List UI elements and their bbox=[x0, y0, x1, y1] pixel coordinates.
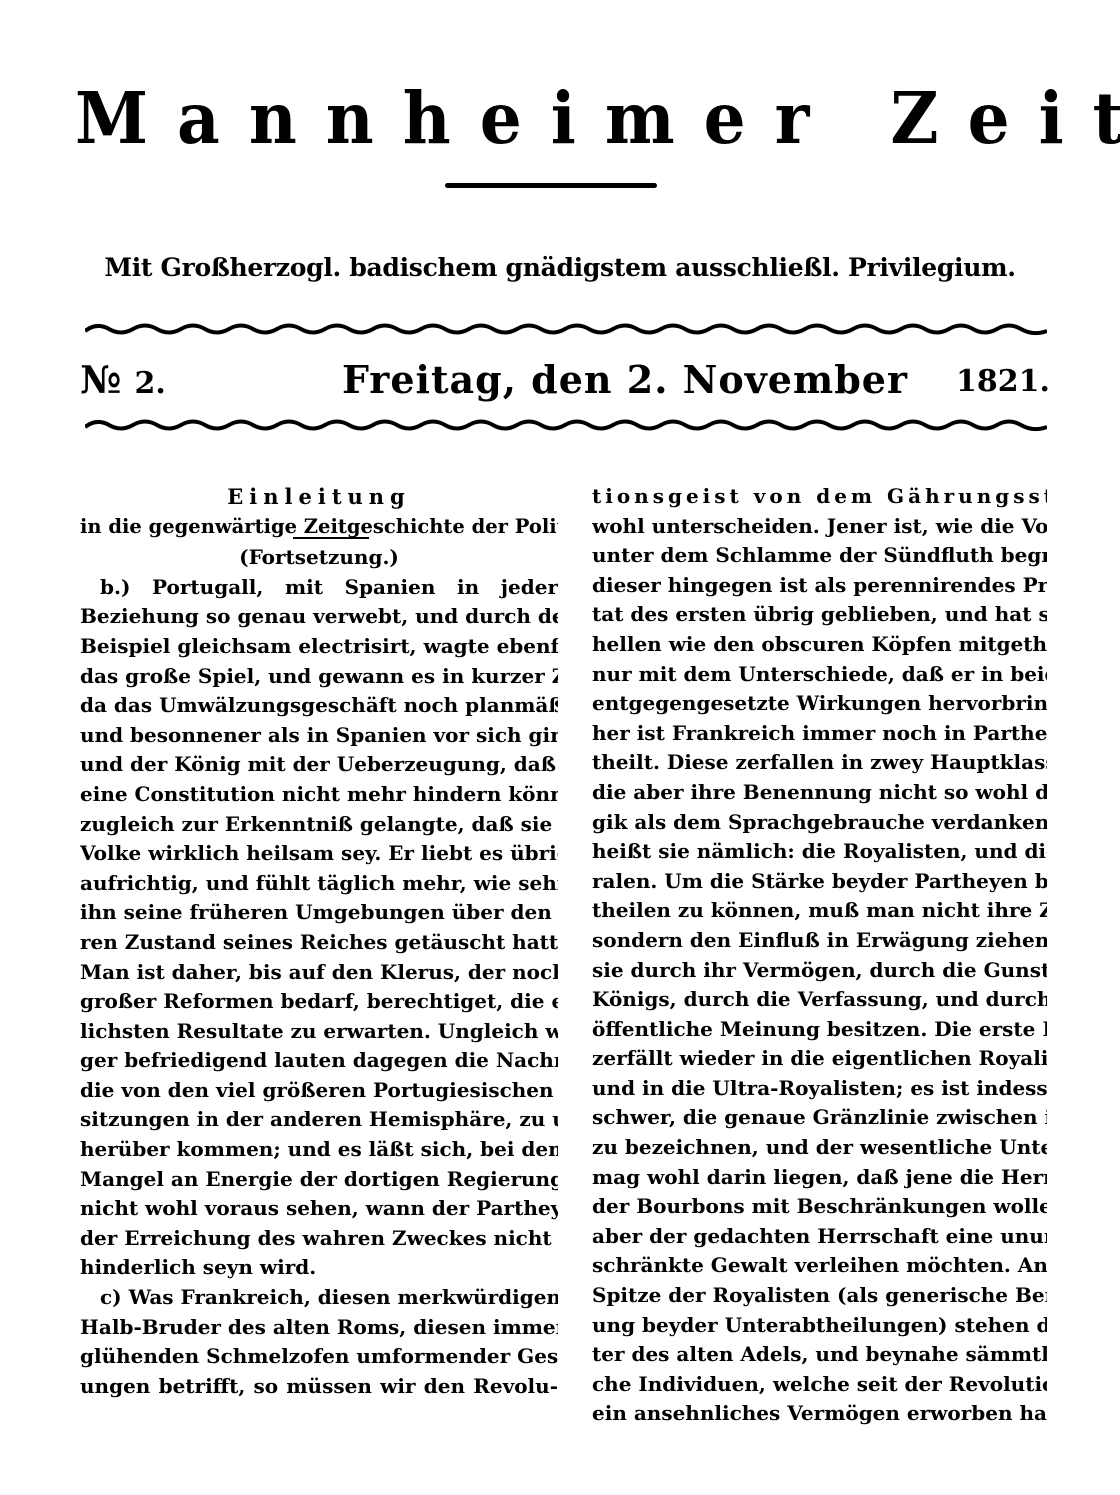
text-line: öffentliche Meinung besitzen. Die erste … bbox=[592, 1015, 1047, 1045]
text-line: Beziehung so genau verwebt, und durch de… bbox=[80, 602, 558, 632]
text-line: glühenden Schmelzofen umformender Gesinn… bbox=[80, 1342, 558, 1372]
text-line: sie durch ihr Vermögen, durch die Gunst … bbox=[592, 956, 1047, 986]
text-line: zugleich zur Erkenntniß gelangte, daß si… bbox=[80, 810, 558, 840]
wavy-rule-bottom bbox=[85, 418, 1047, 432]
text-line: der Bourbons mit Beschränkungen wollen, … bbox=[592, 1192, 1047, 1222]
text-line: ralen. Um die Stärke beyder Partheyen be… bbox=[592, 867, 1047, 897]
text-line: und in die Ultra-Royalisten; es ist inde… bbox=[592, 1074, 1047, 1104]
issue-info-bar: № 2. Freitag, den 2. November 1821. bbox=[80, 355, 1050, 405]
text-line: der Erreichung des wahren Zweckes nicht … bbox=[80, 1224, 558, 1254]
text-line: eine Constitution nicht mehr hindern kön… bbox=[80, 780, 558, 810]
text-line: gik als dem Sprachgebrauche verdanken. M… bbox=[592, 808, 1047, 838]
text-line: Spitze der Royalisten (als generische Be… bbox=[592, 1281, 1047, 1311]
text-line: die von den viel größeren Portugiesische… bbox=[80, 1076, 558, 1106]
text-line: ger befriedigend lauten dagegen die Nach… bbox=[80, 1046, 558, 1076]
text-line: Halb-Bruder des alten Roms, diesen immer bbox=[80, 1313, 558, 1343]
article-heading: Einleitung bbox=[80, 482, 558, 512]
issue-label: № bbox=[80, 357, 121, 402]
text-line: das große Spiel, und gewann es in kurzer… bbox=[80, 662, 558, 692]
text-line: sondern den Einfluß in Erwägung ziehen, … bbox=[592, 926, 1047, 956]
text-line: tat des ersten übrig geblieben, und hat … bbox=[592, 600, 1047, 630]
issue-number: № 2. bbox=[80, 355, 166, 409]
text-line: b.) Portugall, mit Spanien in jeder bbox=[80, 573, 558, 603]
text-line: ihn seine früheren Umgebungen über den w… bbox=[80, 898, 558, 928]
text-line: entgegengesetzte Wirkungen hervorbringt.… bbox=[592, 689, 1047, 719]
text-line: theilen zu können, muß man nicht ihre Za… bbox=[592, 896, 1047, 926]
text-line: großer Reformen bedarf, berechtiget, die… bbox=[80, 987, 558, 1017]
text-line: ter des alten Adels, und beynahe sämmtli… bbox=[592, 1340, 1047, 1370]
left-column: Einleitung in die gegenwärtige Zeitgesch… bbox=[80, 482, 558, 1401]
text-line: tionsgeist von dem Gährungsstoffe bbox=[592, 482, 1047, 512]
text-line: Beispiel gleichsam electrisirt, wagte eb… bbox=[80, 632, 558, 662]
text-line: her ist Frankreich immer noch in Parthey… bbox=[592, 719, 1047, 749]
text-line: Man ist daher, bis auf den Klerus, der n… bbox=[80, 958, 558, 988]
text-line: aber der gedachten Herrschaft eine unum- bbox=[592, 1222, 1047, 1252]
text-line: ungen betrifft, so müssen wir den Revolu… bbox=[80, 1372, 558, 1402]
right-column: tionsgeist von dem Gährungsstoffe wohl u… bbox=[592, 482, 1047, 1429]
text-line: schwer, die genaue Gränzlinie zwischen i… bbox=[592, 1103, 1047, 1133]
text-line: aufrichtig, und fühlt täglich mehr, wie … bbox=[80, 869, 558, 899]
text-line: c) Was Frankreich, diesen merkwürdigen bbox=[80, 1283, 558, 1313]
text-line: Mangel an Energie der dortigen Regierung… bbox=[80, 1165, 558, 1195]
newspaper-title: Mannheimer Zeitung. bbox=[75, 75, 1050, 161]
text-line: hellen wie den obscuren Köpfen mitgethei… bbox=[592, 630, 1047, 660]
text-line: schränkte Gewalt verleihen möchten. An d… bbox=[592, 1251, 1047, 1281]
text-line: che Individuen, welche seit der Revoluti… bbox=[592, 1370, 1047, 1400]
text-line: ren Zustand seines Reiches getäuscht hat… bbox=[80, 928, 558, 958]
text-line: nicht wohl voraus sehen, wann der Parthe… bbox=[80, 1194, 558, 1224]
text-line: sitzungen in der anderen Hemisphäre, zu … bbox=[80, 1105, 558, 1135]
text-line: Volke wirklich heilsam sey. Er liebt es … bbox=[80, 839, 558, 869]
text-line: dieser hingegen ist als perennirendes Pr… bbox=[592, 571, 1047, 601]
title-rule bbox=[445, 183, 657, 188]
text-line: heißt sie nämlich: die Royalisten, und d… bbox=[592, 837, 1047, 867]
text-line: die aber ihre Benennung nicht so wohl de… bbox=[592, 778, 1047, 808]
wavy-rule-top bbox=[85, 322, 1047, 336]
newspaper-page: Mannheimer Zeitung. Mit Großherzogl. bad… bbox=[0, 0, 1120, 1495]
text-line: lichsten Resultate zu erwarten. Ungleich… bbox=[80, 1017, 558, 1047]
text-line: herüber kommen; und es läßt sich, bei de… bbox=[80, 1135, 558, 1165]
text-line: und besonnener als in Spanien vor sich g… bbox=[80, 721, 558, 751]
text-line: ein ansehnliches Vermögen erworben haben bbox=[592, 1399, 1047, 1429]
text-line: da das Umwälzungsgeschäft noch planmäßig… bbox=[80, 691, 558, 721]
issue-number-value: 2. bbox=[135, 366, 166, 401]
text-line: wohl unterscheiden. Jener ist, wie die V… bbox=[592, 512, 1047, 542]
text-line: zerfällt wieder in die eigentlichen Roya… bbox=[592, 1044, 1047, 1074]
text-line: zu bezeichnen, und der wesentliche Unter… bbox=[592, 1133, 1047, 1163]
text-line: Königs, durch die Verfassung, und durch … bbox=[592, 985, 1047, 1015]
continuation-label: (Fortsetzung.) bbox=[80, 543, 558, 573]
text-line: und der König mit der Ueberzeugung, daß … bbox=[80, 750, 558, 780]
heading-rule bbox=[293, 537, 369, 539]
text-line: theilt. Diese zerfallen in zwey Hauptkla… bbox=[592, 748, 1047, 778]
text-line: unter dem Schlamme der Sündfluth begrabe… bbox=[592, 541, 1047, 571]
text-line: hinderlich seyn wird. bbox=[80, 1253, 558, 1283]
issue-date: Freitag, den 2. November bbox=[342, 355, 908, 405]
issue-year: 1821. bbox=[956, 359, 1050, 405]
text-line: ung beyder Unterabtheilungen) stehen die… bbox=[592, 1311, 1047, 1341]
text-line: mag wohl darin liegen, daß jene die Herr… bbox=[592, 1163, 1047, 1193]
privilege-line: Mit Großherzogl. badischem gnädigstem au… bbox=[60, 250, 1060, 286]
text-line: nur mit dem Unterschiede, daß er in beid… bbox=[592, 660, 1047, 690]
